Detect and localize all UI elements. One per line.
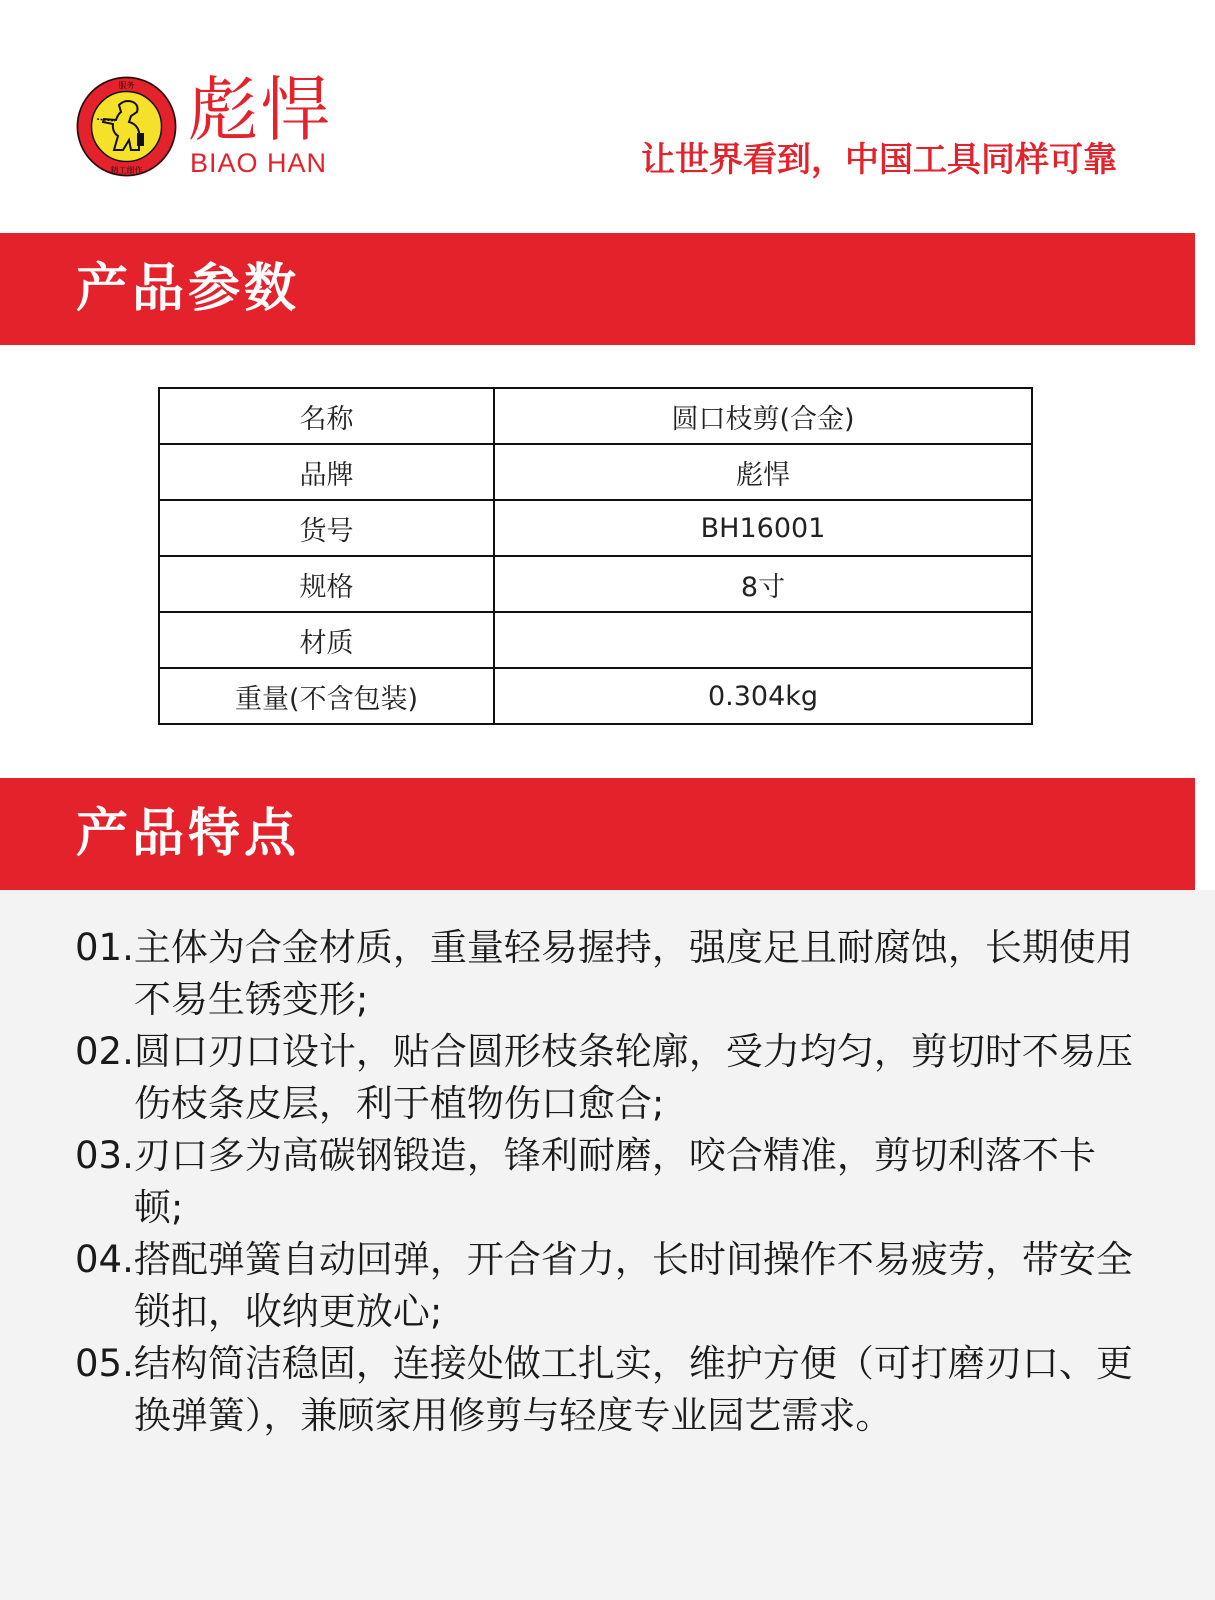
params-table: 名称 圆口枝剪(合金) 品牌 彪悍 货号 BH16001 规格 8寸 材质 重量…: [158, 387, 1033, 725]
feature-text: 主体为合金材质，重量轻易握持，强度足且耐腐蚀，长期使用不易生锈变形;: [134, 922, 1135, 1026]
param-label: 规格: [159, 556, 494, 612]
page-header: 服务 精工细作 彪悍 BIAO HAN 让世界看到，中国工具同样可靠: [0, 0, 1215, 236]
brand-badge-icon: 服务 精工细作: [75, 75, 178, 178]
brand-name-cn: 彪悍: [188, 70, 332, 150]
table-row: 材质: [159, 612, 1032, 668]
param-value: 8寸: [494, 556, 1032, 612]
feature-number: 03.: [75, 1130, 134, 1234]
param-value: BH16001: [494, 500, 1032, 556]
param-value: 彪悍: [494, 444, 1032, 500]
brand-slogan: 让世界看到，中国工具同样可靠: [641, 140, 1117, 180]
param-label: 重量(不含包装): [159, 668, 494, 724]
logo-ring-top: 服务: [119, 80, 135, 90]
feature-text: 搭配弹簧自动回弹，开合省力，长时间操作不易疲劳，带安全锁扣，收纳更放心;: [134, 1234, 1135, 1338]
list-item: 01. 主体为合金材质，重量轻易握持，强度足且耐腐蚀，长期使用不易生锈变形;: [75, 922, 1135, 1026]
feature-text: 结构简洁稳固，连接处做工扎实，维护方便（可打磨刃口、更换弹簧），兼顾家用修剪与轻…: [134, 1338, 1135, 1442]
params-section-title: 产品参数: [76, 258, 300, 320]
feature-text: 刃口多为高碳钢锻造，锋利耐磨，咬合精准，剪切利落不卡顿;: [134, 1130, 1135, 1234]
list-item: 04. 搭配弹簧自动回弹，开合省力，长时间操作不易疲劳，带安全锁扣，收纳更放心;: [75, 1234, 1135, 1338]
feature-number: 05.: [75, 1338, 134, 1442]
param-value: 圆口枝剪(合金): [494, 388, 1032, 444]
feature-list: 01. 主体为合金材质，重量轻易握持，强度足且耐腐蚀，长期使用不易生锈变形; 0…: [75, 922, 1135, 1442]
feature-text: 圆口刃口设计，贴合圆形枝条轮廓，受力均匀，剪切时不易压伤枝条皮层，利于植物伤口愈…: [134, 1026, 1135, 1130]
param-value: [494, 612, 1032, 668]
feature-number: 02.: [75, 1026, 134, 1130]
features-section-header: 产品特点: [0, 778, 1195, 890]
feature-number: 04.: [75, 1234, 134, 1338]
param-label: 品牌: [159, 444, 494, 500]
table-row: 名称 圆口枝剪(合金): [159, 388, 1032, 444]
features-section-title: 产品特点: [76, 803, 300, 865]
list-item: 02. 圆口刃口设计，贴合圆形枝条轮廓，受力均匀，剪切时不易压伤枝条皮层，利于植…: [75, 1026, 1135, 1130]
table-row: 品牌 彪悍: [159, 444, 1032, 500]
param-value: 0.304kg: [494, 668, 1032, 724]
table-row: 重量(不含包装) 0.304kg: [159, 668, 1032, 724]
table-row: 规格 8寸: [159, 556, 1032, 612]
params-section-header: 产品参数: [0, 233, 1195, 345]
brand-name-en: BIAO HAN: [190, 148, 327, 178]
list-item: 05. 结构简洁稳固，连接处做工扎实，维护方便（可打磨刃口、更换弹簧），兼顾家用…: [75, 1338, 1135, 1442]
table-row: 货号 BH16001: [159, 500, 1032, 556]
param-label: 材质: [159, 612, 494, 668]
param-label: 货号: [159, 500, 494, 556]
logo-ring-bottom: 精工细作: [111, 165, 143, 175]
list-item: 03. 刃口多为高碳钢锻造，锋利耐磨，咬合精准，剪切利落不卡顿;: [75, 1130, 1135, 1234]
param-label: 名称: [159, 388, 494, 444]
features-panel: 01. 主体为合金材质，重量轻易握持，强度足且耐腐蚀，长期使用不易生锈变形; 0…: [0, 890, 1215, 1600]
feature-number: 01.: [75, 922, 134, 1026]
